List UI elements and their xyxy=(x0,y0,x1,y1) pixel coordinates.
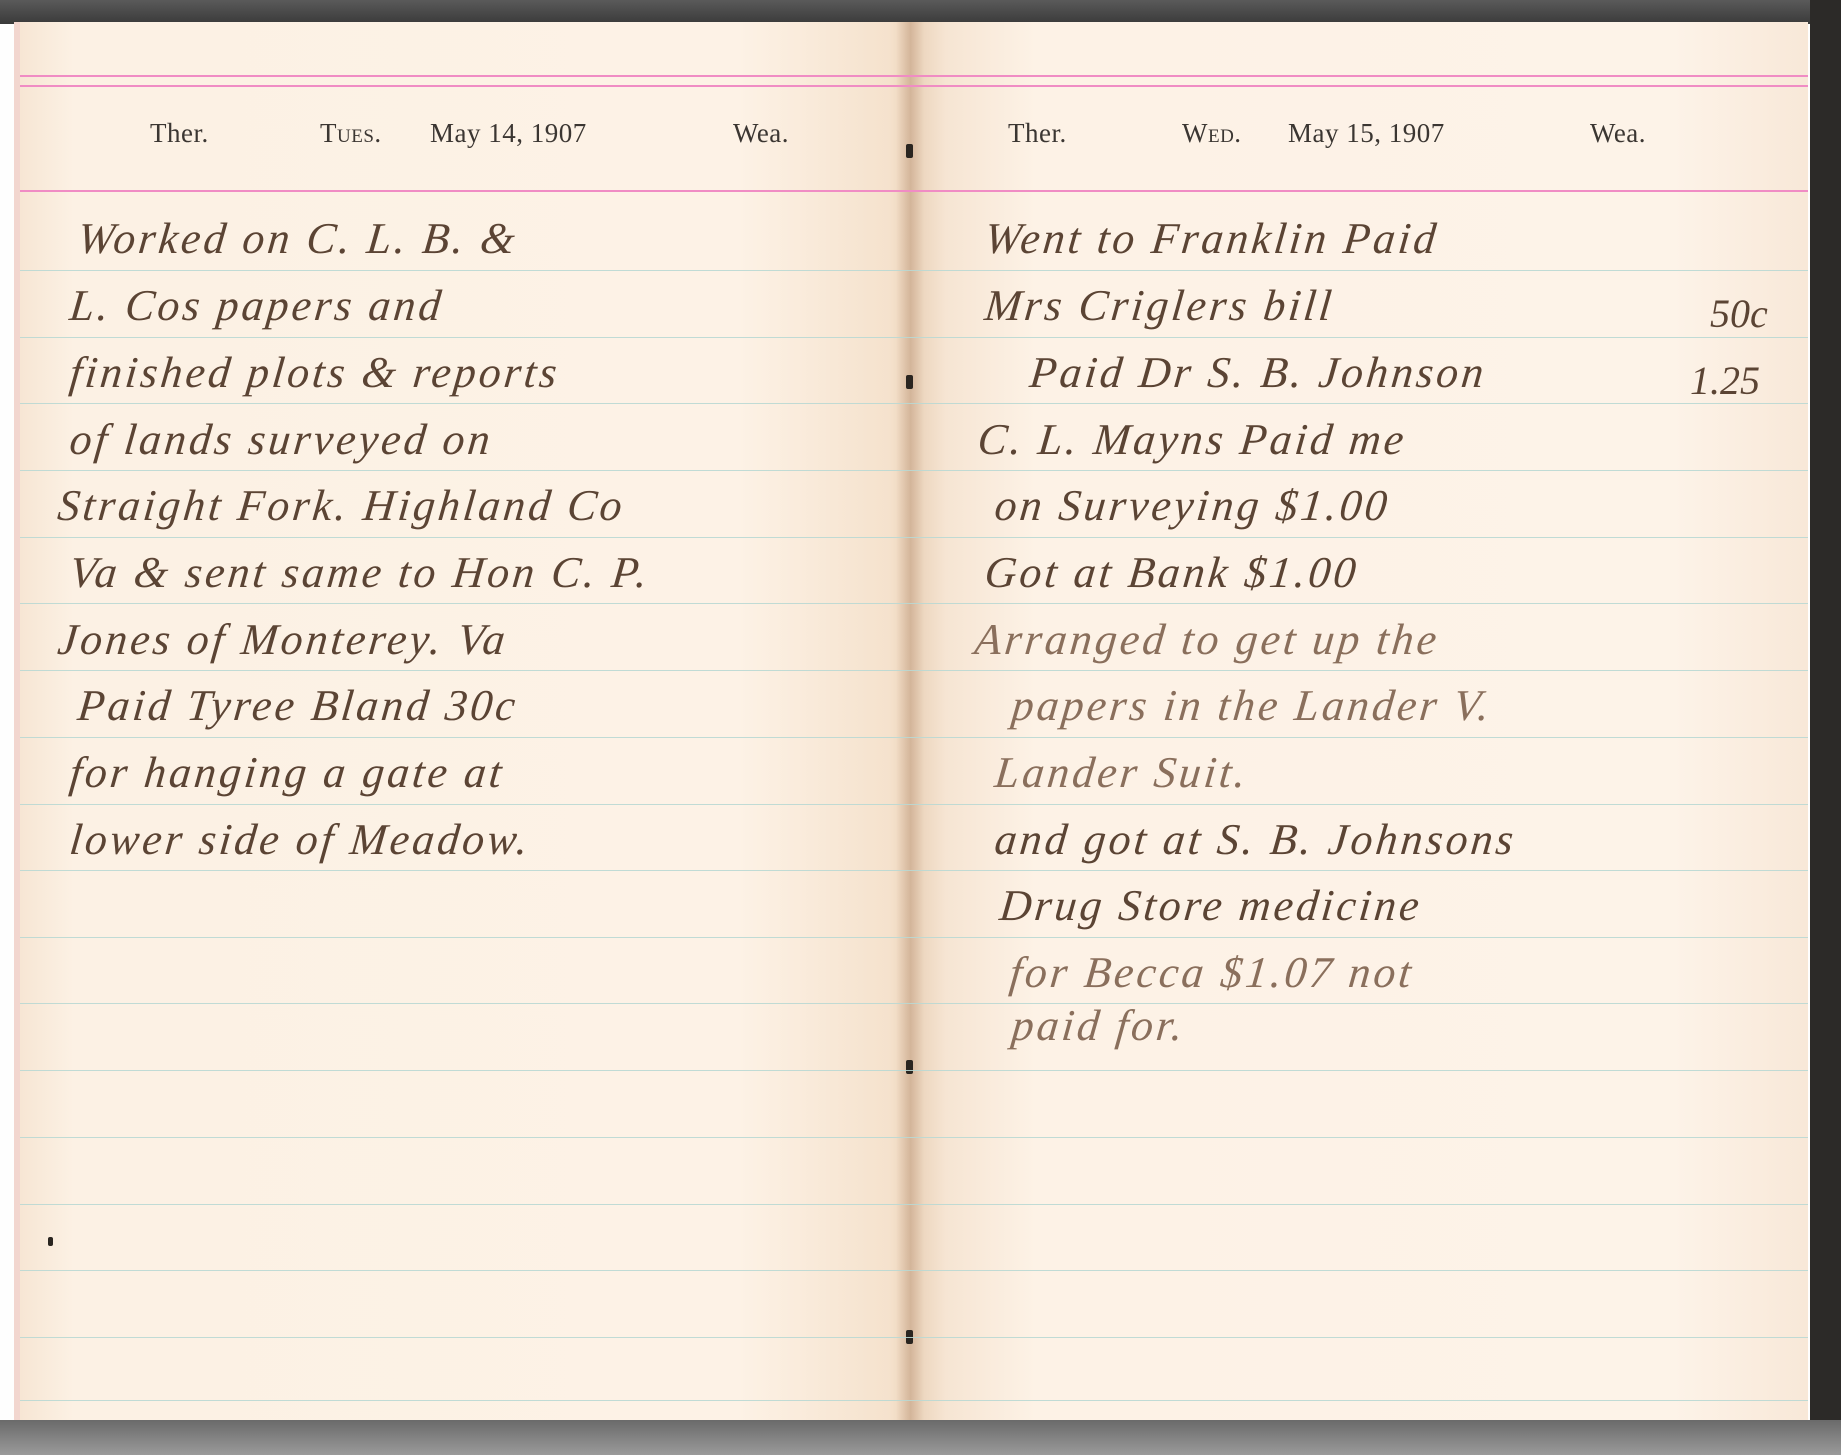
entry-line: finished plots & reports xyxy=(67,347,562,398)
entry-line: paid for. xyxy=(1009,1000,1188,1051)
entry-line: L. Cos papers and xyxy=(67,280,446,331)
spine-stitch xyxy=(906,1060,913,1074)
header-rule-top-double xyxy=(20,85,1808,87)
ruled-line xyxy=(20,537,1808,538)
ruled-line xyxy=(20,870,1808,871)
ruled-line xyxy=(20,337,1808,338)
ruled-line xyxy=(20,670,1808,671)
header-rule-bottom xyxy=(20,190,1808,192)
date: May 15, 1907 xyxy=(1288,118,1445,149)
ruled-line xyxy=(20,1400,1808,1401)
right-page-header: Ther. Wed. May 15, 1907 Wea. xyxy=(0,118,1841,158)
ruled-line xyxy=(20,1070,1808,1071)
ruled-line xyxy=(20,470,1808,471)
ruled-line xyxy=(20,403,1808,404)
entry-line: for hanging a gate at xyxy=(67,747,507,798)
book-cover-top xyxy=(0,0,1841,24)
entry-line: Went to Franklin Paid xyxy=(982,213,1441,264)
entry-line: Lander Suit. xyxy=(992,747,1251,798)
entry-line: papers in the Lander V. xyxy=(1009,680,1494,731)
entry-line: Worked on C. L. B. & xyxy=(75,213,520,264)
ruled-line xyxy=(20,937,1808,938)
entry-line: of lands surveyed on xyxy=(67,414,495,465)
entry-line: Paid Dr S. B. Johnson xyxy=(1027,347,1489,398)
ruled-line xyxy=(20,1337,1808,1338)
amount-dr-johnson: 1.25 xyxy=(1690,357,1760,404)
entry-line: Va & sent same to Hon C. P. xyxy=(67,547,652,598)
entry-line: Straight Fork. Highland Co xyxy=(55,480,627,531)
amount-criglers-bill: 50c xyxy=(1710,290,1768,337)
book-cover-right xyxy=(1810,0,1841,1455)
entry-line: C. L. Mayns Paid me xyxy=(975,414,1409,465)
entry-line: lower side of Meadow. xyxy=(67,814,533,865)
ruled-line xyxy=(20,603,1808,604)
entry-line: Mrs Criglers bill xyxy=(982,280,1337,331)
paper-blemish xyxy=(48,1237,53,1246)
book-cover-bottom xyxy=(0,1420,1841,1455)
entry-line: for Becca $1.07 not xyxy=(1007,947,1416,998)
entry-line: and got at S. B. Johnsons xyxy=(992,814,1518,865)
ruled-line xyxy=(20,1204,1808,1205)
header-rule-top xyxy=(20,75,1808,77)
ruled-line xyxy=(20,737,1808,738)
wea-label: Wea. xyxy=(1590,118,1646,149)
ruled-line xyxy=(20,1003,1808,1004)
entry-line: Got at Bank $1.00 xyxy=(982,547,1361,598)
ruled-line xyxy=(20,804,1808,805)
ruled-line xyxy=(20,270,1808,271)
spine-stitch xyxy=(906,375,913,389)
book-spine xyxy=(896,22,924,1420)
entry-line: Paid Tyree Bland 30c xyxy=(75,680,520,731)
entry-line: Drug Store medicine xyxy=(997,880,1424,931)
date-dow: Wed. xyxy=(1182,118,1242,149)
ruled-line xyxy=(20,1137,1808,1138)
entry-line: Arranged to get up the xyxy=(972,614,1442,665)
entry-line: Jones of Monterey. Va xyxy=(55,614,510,665)
entry-line: on Surveying $1.00 xyxy=(992,480,1392,531)
ruled-line xyxy=(20,1270,1808,1271)
ther-label: Ther. xyxy=(1008,118,1067,149)
